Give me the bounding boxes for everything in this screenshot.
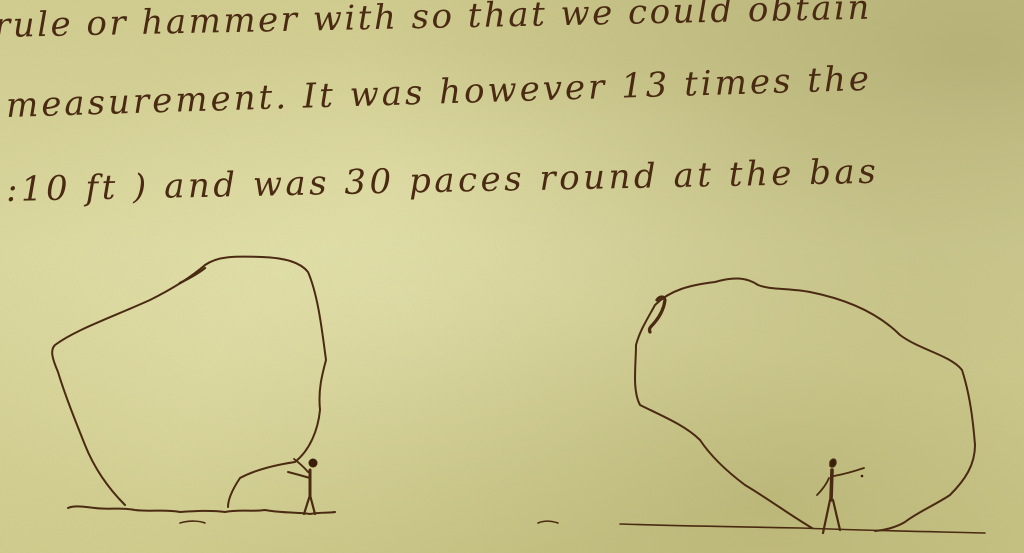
left-boulder-outline xyxy=(52,257,326,507)
boulder-sketch-right xyxy=(538,278,985,533)
human-figure-right-pointing xyxy=(817,459,864,533)
right-boulder-outline xyxy=(635,278,975,531)
sketches-layer xyxy=(0,0,1024,553)
human-figure-left xyxy=(288,459,318,515)
right-ground-line xyxy=(620,524,985,533)
left-ground-line xyxy=(68,506,335,514)
boulder-sketch-left xyxy=(52,257,335,523)
